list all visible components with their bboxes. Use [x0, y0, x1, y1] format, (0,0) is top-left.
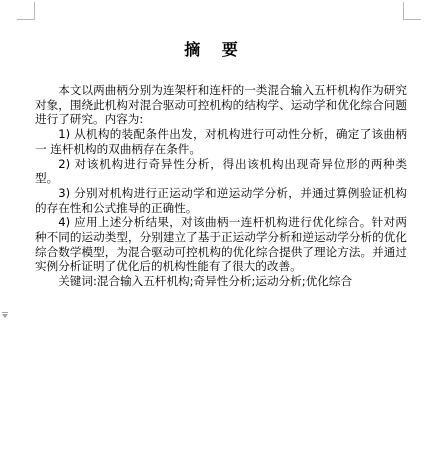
triangle-down-icon [2, 314, 8, 318]
crop-mark-icon [403, 2, 404, 19]
keywords-line: 关键词:混合输入五杆机构;奇异性分析;运动分析;优化综合 [35, 274, 407, 289]
abstract-body: 本文以两曲柄分别为连架杆和连杆的一类混合输入五杆机构作为研究对象，围绕此机构对混… [35, 83, 407, 289]
paragraph-item-2: 2) 对该机构进行奇异性分析，得出该机构出现奇异位形的两种类型。 [35, 157, 407, 186]
crop-mark-icon [403, 19, 421, 20]
crop-mark-icon [34, 2, 35, 19]
paragraph-item-3: 3) 分别对机构进行正运动学和逆运动学分析，并通过算例验证机构的存在性和公式推导… [35, 186, 407, 215]
crop-mark-icon [17, 19, 35, 20]
paragraph-item-4: 4) 应用上述分析结果，对该曲柄一连杆机构进行优化综合。针对两种不同的运动类型，… [35, 215, 407, 274]
paragraph-item-1: 1) 从机构的装配条件出发，对机构进行可动性分析，确定了该曲柄一 连杆机构的双曲… [35, 127, 407, 156]
paragraph-intro: 本文以两曲柄分别为连架杆和连杆的一类混合输入五杆机构作为研究对象，围绕此机构对混… [35, 83, 407, 127]
page-title: 摘 要 [0, 40, 430, 60]
